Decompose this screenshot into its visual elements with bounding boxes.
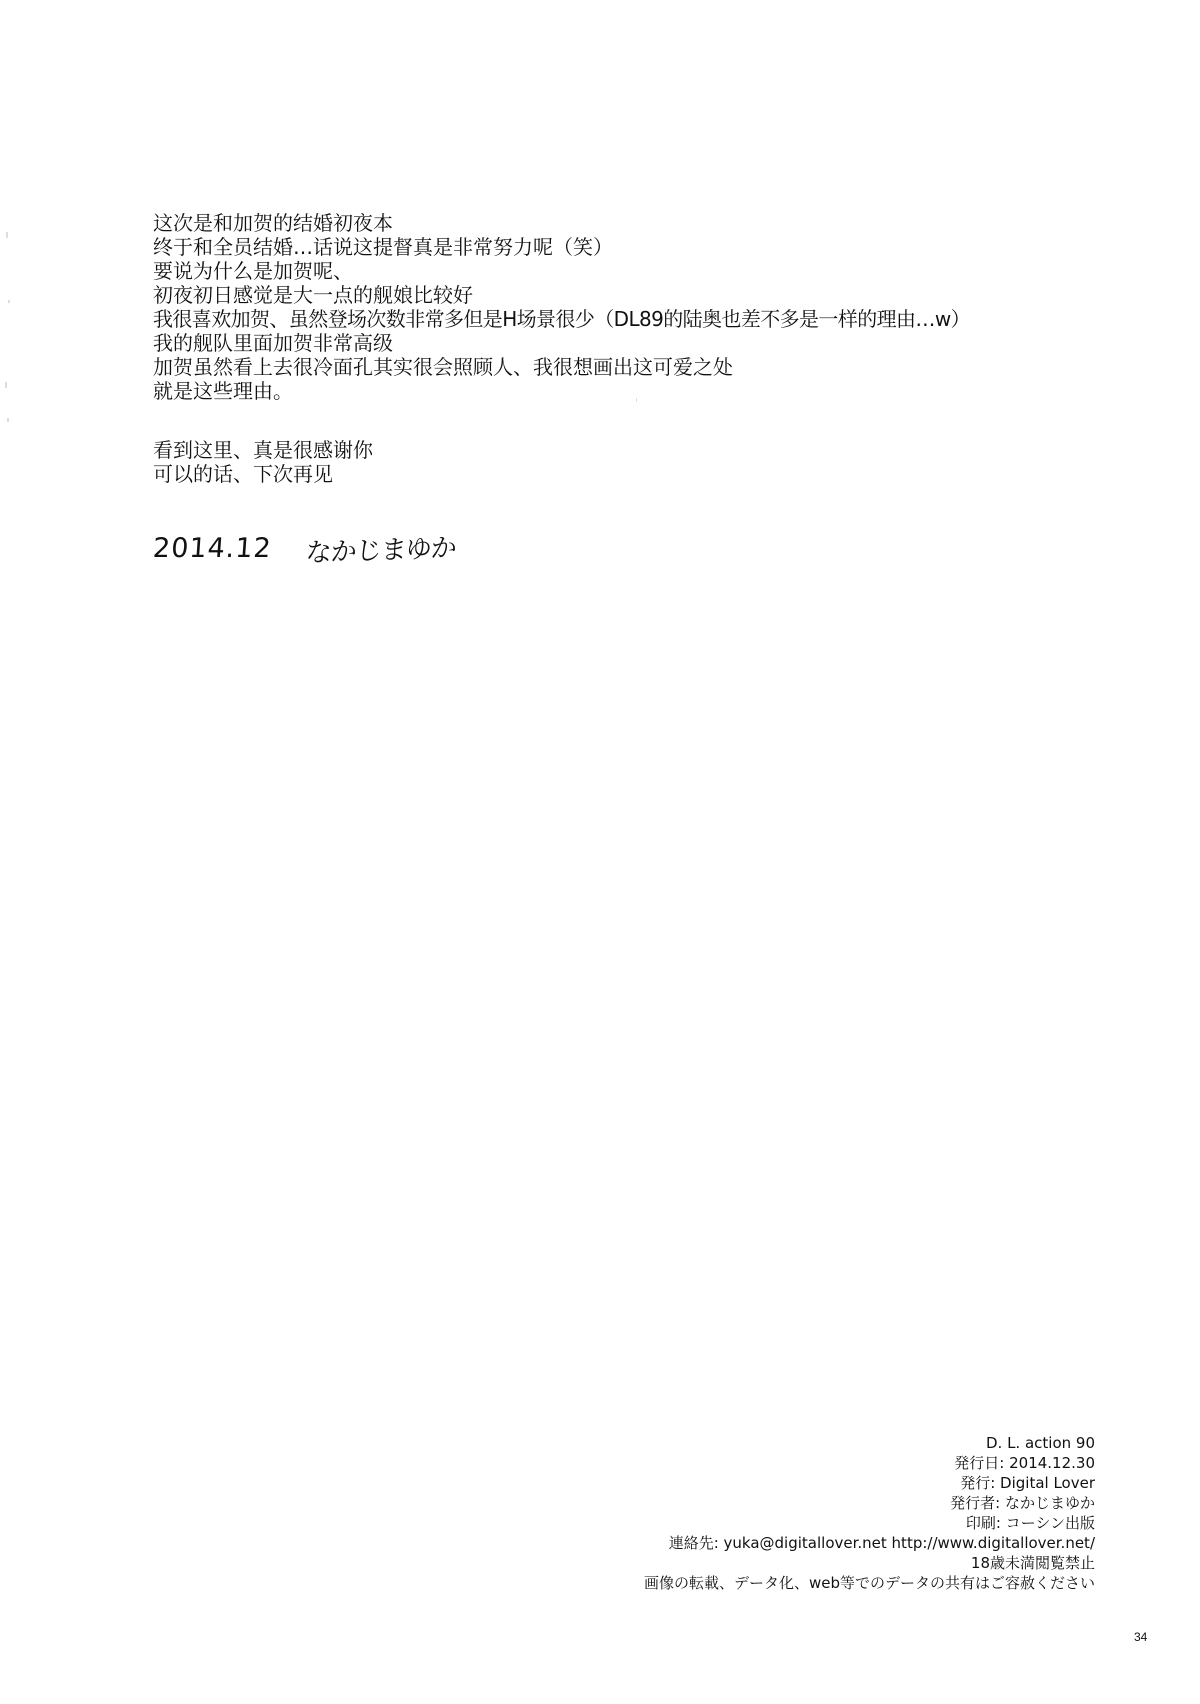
afterword-line: 要说为什么是加贺呢、 (153, 259, 970, 283)
thanks-text: 看到这里、真是很感谢你 可以的话、下次再见 (153, 438, 373, 486)
afterword-line: 我的舰队里面加贺非常高级 (153, 331, 970, 355)
colophon-age-warning: 18歳未満閲覧禁止 (644, 1553, 1095, 1573)
colophon: D. L. action 90 発行日: 2014.12.30 発行: Digi… (644, 1433, 1095, 1593)
signature-date: 2014.12 (152, 533, 273, 564)
page-number: 34 (1134, 1630, 1147, 1644)
afterword-line: 加贺虽然看上去很冷面孔其实很会照顾人、我很想画出这可爱之处 (153, 355, 970, 379)
afterword-line: 这次是和加贺的结婚初夜本 (153, 211, 970, 235)
colophon-author: 発行者: なかじまゆか (644, 1493, 1095, 1513)
document-page: 这次是和加贺的结婚初夜本 终于和全员结婚…话说这提督真是非常努力呢（笑） 要说为… (0, 0, 1200, 1704)
handwritten-signature: 2014.12 なかじまゆか (153, 530, 456, 566)
afterword-line: 终于和全员结婚…话说这提督真是非常努力呢（笑） (153, 235, 970, 259)
afterword-line: 我很喜欢加贺、虽然登场次数非常多但是H场景很少（DL89的陆奥也差不多是一样的理… (153, 307, 970, 331)
colophon-publisher: 発行: Digital Lover (644, 1473, 1095, 1493)
colophon-publish-date: 発行日: 2014.12.30 (644, 1453, 1095, 1473)
signature-name: なかじまゆか (304, 527, 457, 569)
colophon-printer: 印刷: コーシン出版 (644, 1513, 1095, 1533)
afterword-line: 初夜初日感觉是大一点的舰娘比较好 (153, 283, 970, 307)
colophon-contact: 連絡先: yuka@digitallover.net http://www.di… (644, 1533, 1095, 1553)
thanks-line: 看到这里、真是很感谢你 (153, 438, 373, 462)
afterword-line: 就是这些理由。 (153, 379, 970, 403)
thanks-line: 可以的话、下次再见 (153, 462, 373, 486)
colophon-title: D. L. action 90 (644, 1433, 1095, 1453)
colophon-copyright-notice: 画像の転載、データ化、web等でのデータの共有はご容赦ください (644, 1573, 1095, 1593)
afterword-text: 这次是和加贺的结婚初夜本 终于和全员结婚…话说这提督真是非常努力呢（笑） 要说为… (153, 211, 970, 403)
